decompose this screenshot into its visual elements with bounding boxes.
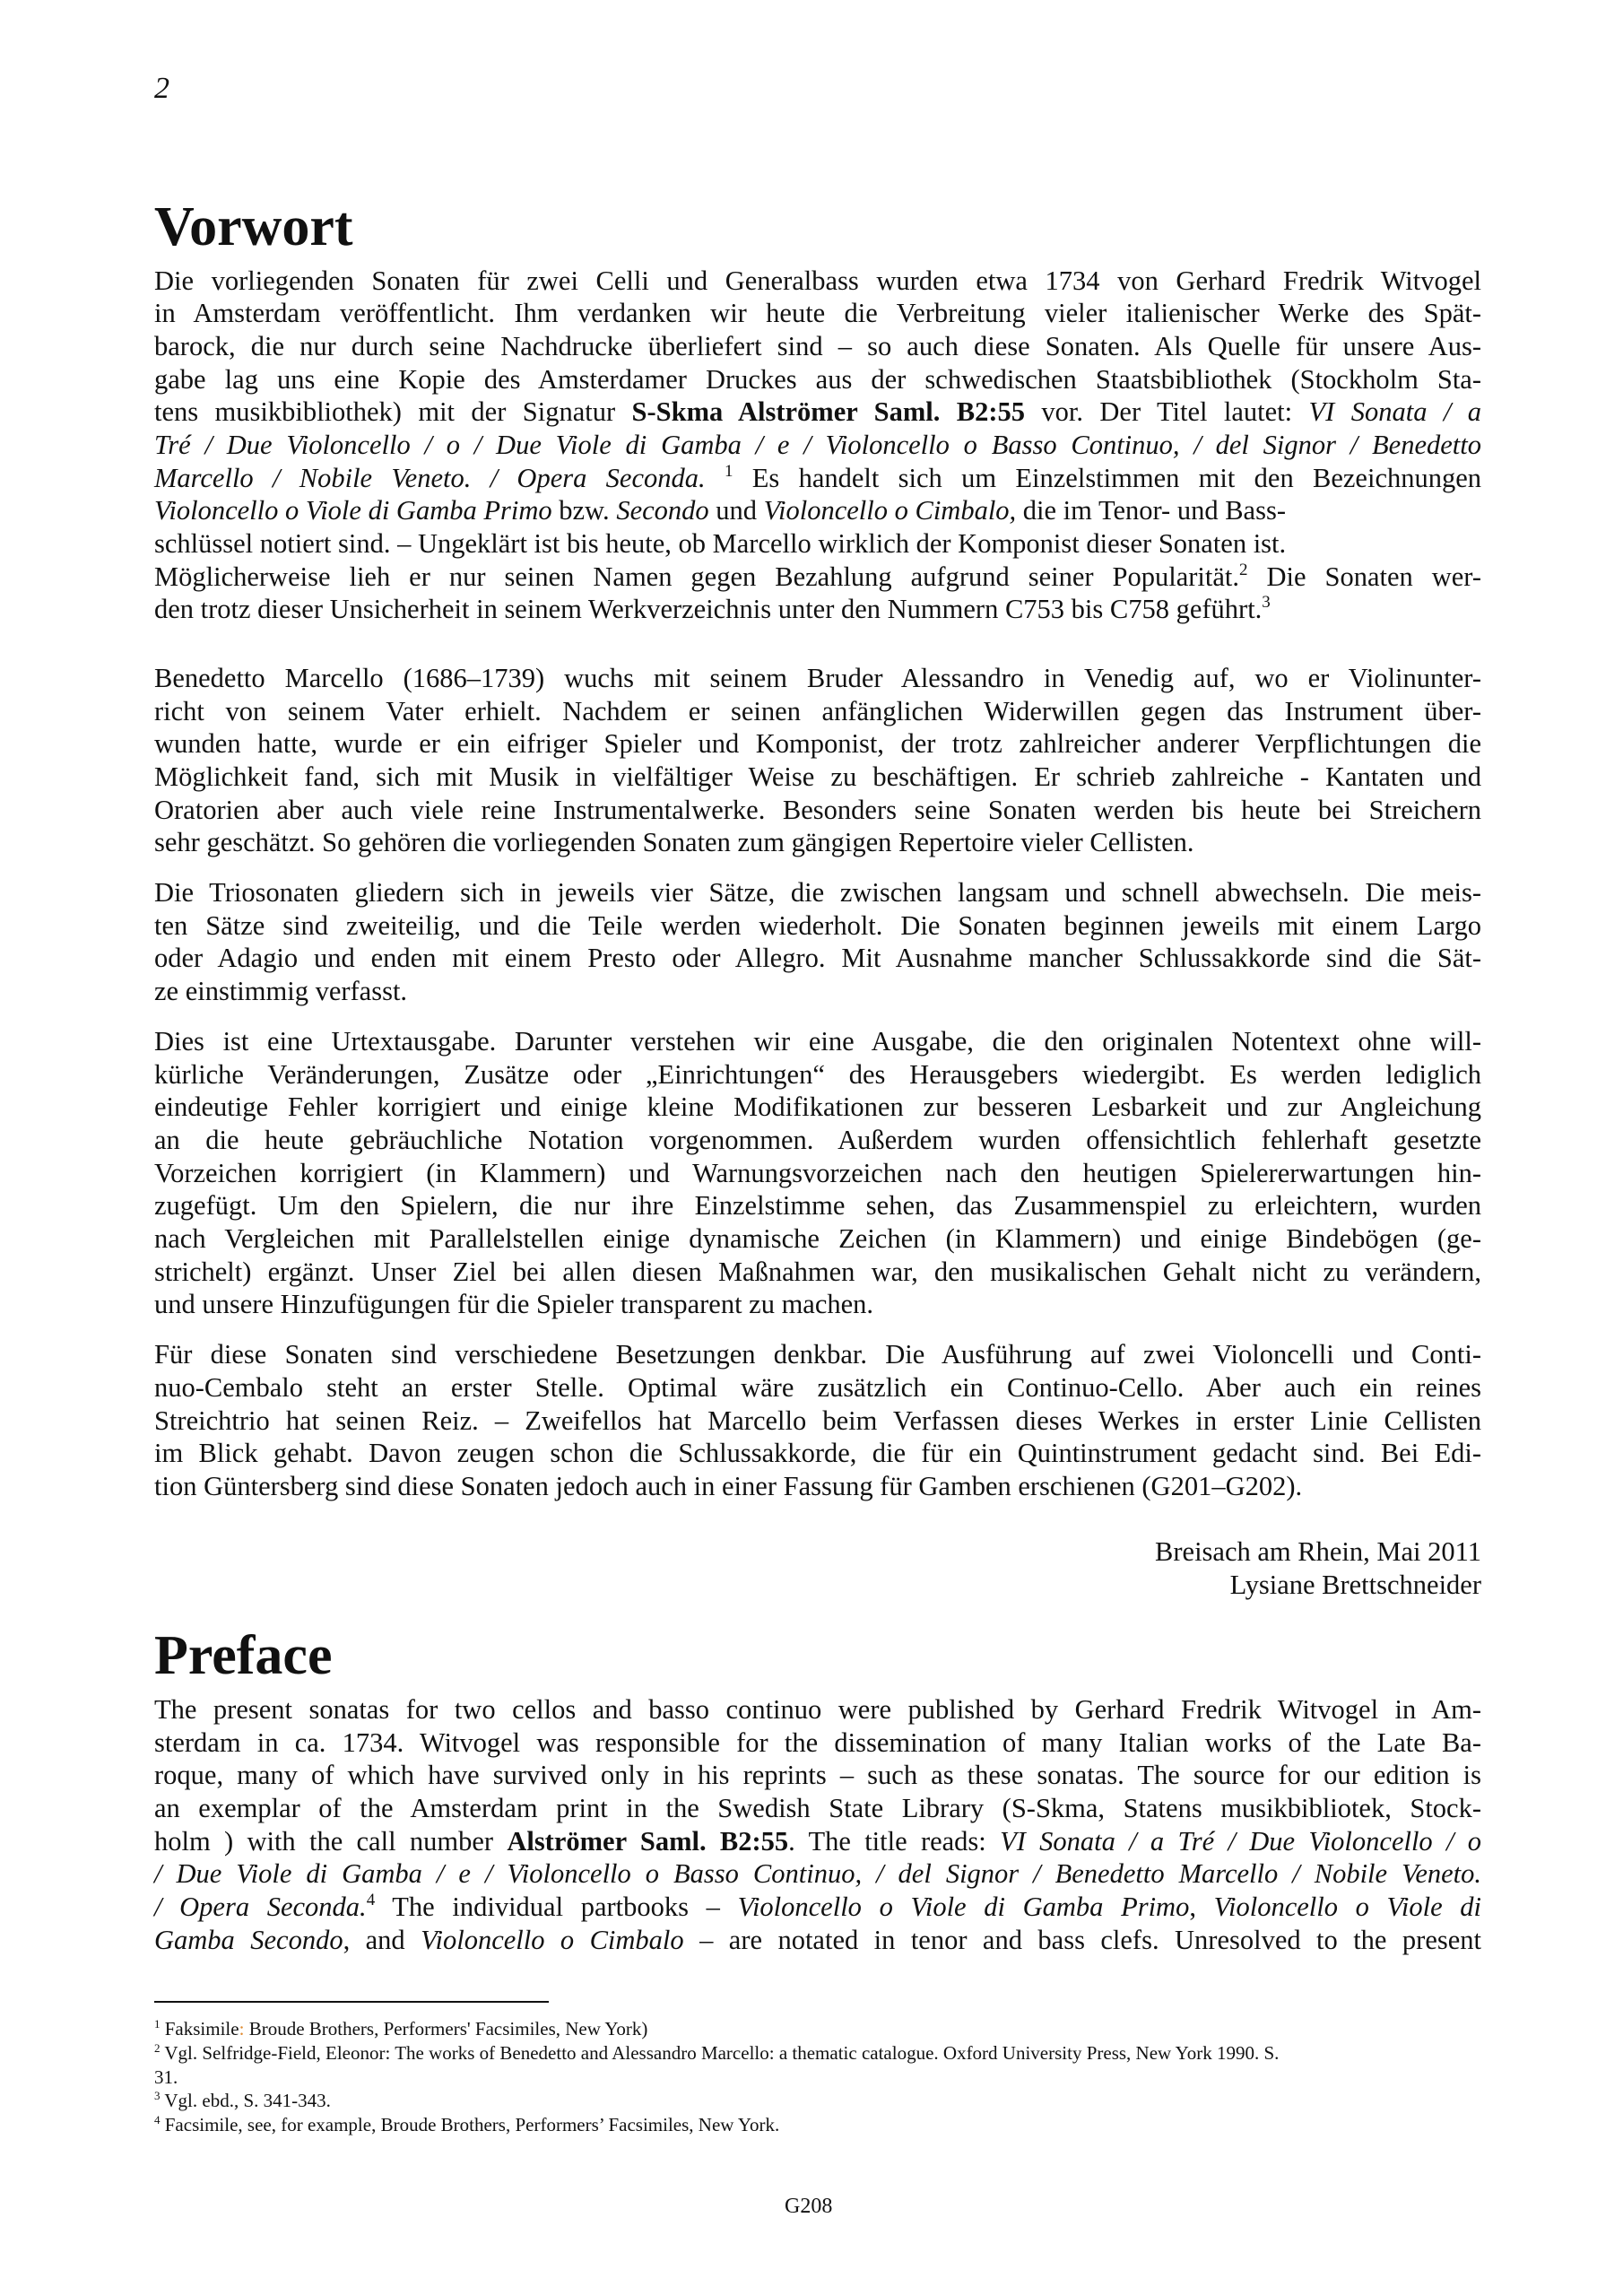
footnote: 31.	[154, 2068, 178, 2087]
text-run: an die heute gebräuchliche Notation vorg…	[154, 1125, 1481, 1155]
text-run: und unsere Hinzufügungen für die Spieler…	[154, 1289, 873, 1319]
signature-author: Lysiane Brettschneider	[1230, 1571, 1481, 1599]
text-line: / Opera Seconda.4 The individual partboo…	[154, 1893, 1481, 1921]
text-run: eindeutige Fehler korrigiert und einige …	[154, 1091, 1481, 1122]
text-run: roque, many of which have survived only …	[154, 1760, 1481, 1790]
text-line: Gamba Secondo, and Violoncello o Cimbalo…	[154, 1926, 1481, 1954]
text-line: an die heute gebräuchliche Notation vorg…	[154, 1126, 1481, 1154]
text-line: in Amsterdam veröffentlicht. Ihm verdank…	[154, 300, 1481, 327]
italic-text: Secondo	[616, 495, 708, 526]
italic-text: Tré / Due Violoncello / o / Due Viole di…	[154, 430, 1481, 460]
text-run: holm ) with the call number	[154, 1826, 507, 1857]
italic-text: Gamba Secondo	[154, 1925, 343, 1955]
text-line: ten Sätze sind zweiteilig, und die Teile…	[154, 912, 1481, 940]
text-run: Die Triosonaten gliedern sich in jeweils…	[154, 877, 1481, 908]
text-run: Es handelt sich um Einzelstimmen mit den…	[733, 463, 1481, 493]
footnote-divider	[154, 2001, 549, 2003]
text-run: Für diese Sonaten sind verschiedene Bese…	[154, 1339, 1481, 1370]
text-run: an exemplar of the Amsterdam print in th…	[154, 1793, 1481, 1823]
text-run	[706, 463, 725, 493]
text-line: den trotz dieser Unsicherheit in seinem …	[154, 596, 1271, 623]
text-line: Marcello / Nobile Veneto. / Opera Second…	[154, 465, 1481, 492]
text-line: nach Vergleichen mit Parallelstellen ein…	[154, 1225, 1481, 1253]
footnote-marker: 1	[154, 2017, 161, 2031]
italic-text: / Opera Seconda.	[154, 1892, 367, 1922]
text-line: / Due Viole di Gamba / e / Violoncello o…	[154, 1860, 1481, 1888]
text-run: tens musikbibliothek) mit der Signatur	[154, 396, 632, 427]
text-run: in Amsterdam veröffentlicht. Ihm verdank…	[154, 298, 1481, 328]
footnote-marker: 2	[1239, 561, 1248, 579]
text-run: Facsimile, see, for example, Broude Brot…	[161, 2114, 780, 2135]
italic-text: Violoncello o Viole di Gamba Primo	[738, 1892, 1190, 1922]
text-run: richt von seinem Vater erhielt. Nachdem …	[154, 696, 1481, 726]
bold-text: Alströmer Saml. B2:55	[507, 1826, 788, 1857]
text-run: tion Güntersberg sind diese Sonaten jedo…	[154, 1471, 1302, 1501]
bold-text: S-Skma Alströmer Saml. B2:55	[632, 396, 1025, 427]
text-line: Möglicherweise lieh er nur seinen Namen …	[154, 563, 1481, 591]
text-run: – are notated in tenor and bass clefs. U…	[684, 1925, 1481, 1955]
text-run: nuo-Cembalo steht an erster Stelle. Opti…	[154, 1372, 1481, 1403]
text-line: ze einstimmig verfasst.	[154, 978, 407, 1005]
text-run: ,	[1189, 1892, 1213, 1922]
edition-code: G208	[785, 2196, 832, 2217]
signature-place-date: Breisach am Rhein, Mai 2011	[1155, 1538, 1481, 1566]
text-run: zugefügt. Um den Spielern, die nur ihre …	[154, 1190, 1481, 1221]
text-run: Möglichkeit fand, sich mit Musik in viel…	[154, 761, 1481, 792]
text-run: den trotz dieser Unsicherheit in seinem …	[154, 594, 1262, 624]
text-line: nuo-Cembalo steht an erster Stelle. Opti…	[154, 1374, 1481, 1402]
text-run: Die vorliegenden Sonaten für zwei Celli …	[154, 265, 1481, 296]
text-run: Benedetto Marcello (1686–1739) wuchs mit…	[154, 663, 1481, 693]
text-line: Dies ist eine Urtextausgabe. Darunter ve…	[154, 1028, 1481, 1056]
text-run: gabe lag uns eine Kopie des Amsterdamer …	[154, 364, 1481, 395]
text-run: bzw.	[552, 495, 617, 526]
text-line: Oratorien aber auch viele reine Instrume…	[154, 796, 1481, 824]
text-line: oder Adagio und enden mit einem Presto o…	[154, 944, 1481, 972]
text-line: an exemplar of the Amsterdam print in th…	[154, 1795, 1481, 1822]
text-line: sterdam in ca. 1734. Witvogel was respon…	[154, 1729, 1481, 1757]
text-run: die im Tenor- und Bass-	[1016, 495, 1286, 526]
footnote: 3 Vgl. ebd., S. 341-343.	[154, 2092, 331, 2110]
text-run: Vgl. ebd., S. 341-343.	[161, 2090, 331, 2111]
text-line: schlüssel notiert sind. – Ungeklärt ist …	[154, 530, 1286, 558]
text-run: Streichtrio hat seinen Reiz. – Zweifello…	[154, 1405, 1481, 1436]
footnote-marker: 2	[154, 2041, 161, 2055]
text-line: wunden hatte, wurde er ein eifriger Spie…	[154, 730, 1481, 758]
italic-text: Violoncello o Viole di	[1214, 1892, 1481, 1922]
footnote-marker: 3	[1262, 593, 1271, 612]
footnote-marker: 3	[154, 2089, 161, 2102]
text-line: tens musikbibliothek) mit der Signatur S…	[154, 398, 1481, 426]
text-line: Benedetto Marcello (1686–1739) wuchs mit…	[154, 665, 1481, 692]
text-run: barock, die nur durch seine Nachdrucke ü…	[154, 331, 1481, 361]
text-line: und unsere Hinzufügungen für die Spieler…	[154, 1291, 873, 1318]
footnote-marker: 4	[367, 1891, 376, 1909]
text-line: roque, many of which have survived only …	[154, 1761, 1481, 1789]
text-run: Oratorien aber auch viele reine Instrume…	[154, 795, 1481, 825]
text-run: und	[709, 495, 764, 526]
text-run: vor. Der Titel lautet:	[1025, 396, 1309, 427]
text-line: Die vorliegenden Sonaten für zwei Celli …	[154, 267, 1481, 295]
text-run: Faksimile	[161, 2018, 239, 2039]
italic-text: VI Sonata / a Tré / Due Violoncello / o	[1000, 1826, 1481, 1857]
text-run: Vgl. Selfridge-Field, Eleonor: The works…	[161, 2042, 1280, 2064]
text-run: Dies ist eine Urtextausgabe. Darunter ve…	[154, 1026, 1481, 1057]
text-line: Violoncello o Viole di Gamba Primo bzw. …	[154, 497, 1286, 525]
text-line: Tré / Due Violoncello / o / Due Viole di…	[154, 431, 1481, 459]
text-run: Broude Brothers, Performers' Facsimiles,…	[244, 2018, 647, 2039]
text-line: Die Triosonaten gliedern sich in jeweils…	[154, 879, 1481, 907]
text-line: sehr geschätzt. So gehören die vorliegen…	[154, 829, 1193, 857]
footnote: 4 Facsimile, see, for example, Broude Br…	[154, 2116, 779, 2135]
section-heading-vorwort: Vorwort	[154, 199, 353, 255]
text-line: richt von seinem Vater erhielt. Nachdem …	[154, 698, 1481, 726]
text-line: tion Güntersberg sind diese Sonaten jedo…	[154, 1473, 1302, 1500]
text-run: Vorzeichen korrigiert (in Klammern) und …	[154, 1158, 1481, 1188]
text-line: strichelt) ergänzt. Unser Ziel bei allen…	[154, 1258, 1481, 1286]
text-line: Vorzeichen korrigiert (in Klammern) und …	[154, 1160, 1481, 1187]
text-line: holm ) with the call number Alströmer Sa…	[154, 1828, 1481, 1856]
italic-text: Violoncello o Cimbalo,	[764, 495, 1017, 526]
text-run: ten Sätze sind zweiteilig, und die Teile…	[154, 910, 1481, 941]
footnote-marker: 1	[725, 462, 733, 481]
text-run: nach Vergleichen mit Parallelstellen ein…	[154, 1223, 1481, 1254]
text-line: barock, die nur durch seine Nachdrucke ü…	[154, 333, 1481, 361]
text-line: eindeutige Fehler korrigiert und einige …	[154, 1093, 1481, 1121]
page-number: 2	[154, 74, 169, 104]
text-run: im Blick gehabt. Davon zeugen schon die …	[154, 1438, 1481, 1468]
text-run: wunden hatte, wurde er ein eifriger Spie…	[154, 728, 1481, 759]
text-run: sterdam in ca. 1734. Witvogel was respon…	[154, 1727, 1481, 1758]
section-heading-preface: Preface	[154, 1628, 332, 1683]
text-line: im Blick gehabt. Davon zeugen schon die …	[154, 1439, 1481, 1467]
italic-text: VI Sonata / a	[1309, 396, 1481, 427]
text-line: kürliche Veränderungen, Zusätze oder „Ei…	[154, 1061, 1481, 1089]
text-line: Möglichkeit fand, sich mit Musik in viel…	[154, 763, 1481, 791]
italic-text: Violoncello o Cimbalo	[421, 1925, 684, 1955]
text-run: . The title reads:	[788, 1826, 1000, 1857]
text-line: Für diese Sonaten sind verschiedene Bese…	[154, 1341, 1481, 1369]
text-run: Die Sonaten wer-	[1248, 561, 1482, 592]
text-run: The present sonatas for two cellos and b…	[154, 1694, 1481, 1725]
text-run: , and	[343, 1925, 421, 1955]
text-run: sehr geschätzt. So gehören die vorliegen…	[154, 827, 1193, 857]
text-line: Streichtrio hat seinen Reiz. – Zweifello…	[154, 1407, 1481, 1435]
text-run: kürliche Veränderungen, Zusätze oder „Ei…	[154, 1059, 1481, 1090]
text-run: ze einstimmig verfasst.	[154, 976, 407, 1006]
footnote-marker: 4	[154, 2113, 161, 2126]
footnote: 2 Vgl. Selfridge-Field, Eleonor: The wor…	[154, 2044, 1279, 2063]
italic-text: Marcello / Nobile Veneto. / Opera Second…	[154, 463, 706, 493]
text-run: strichelt) ergänzt. Unser Ziel bei allen…	[154, 1257, 1481, 1287]
italic-text: Violoncello o Viole di Gamba Primo	[154, 495, 552, 526]
italic-text: / Due Viole di Gamba / e / Violoncello o…	[154, 1858, 1481, 1889]
text-line: zugefügt. Um den Spielern, die nur ihre …	[154, 1192, 1481, 1220]
text-run: schlüssel notiert sind. – Ungeklärt ist …	[154, 528, 1286, 559]
text-run: Möglicherweise lieh er nur seinen Namen …	[154, 561, 1239, 592]
text-run: oder Adagio und enden mit einem Presto o…	[154, 943, 1481, 973]
text-line: gabe lag uns eine Kopie des Amsterdamer …	[154, 366, 1481, 394]
text-run: The individual partbooks –	[375, 1892, 737, 1922]
footnote: 1 Faksimile: Broude Brothers, Performers…	[154, 2020, 647, 2039]
text-run: 31.	[154, 2066, 178, 2088]
text-line: The present sonatas for two cellos and b…	[154, 1696, 1481, 1724]
